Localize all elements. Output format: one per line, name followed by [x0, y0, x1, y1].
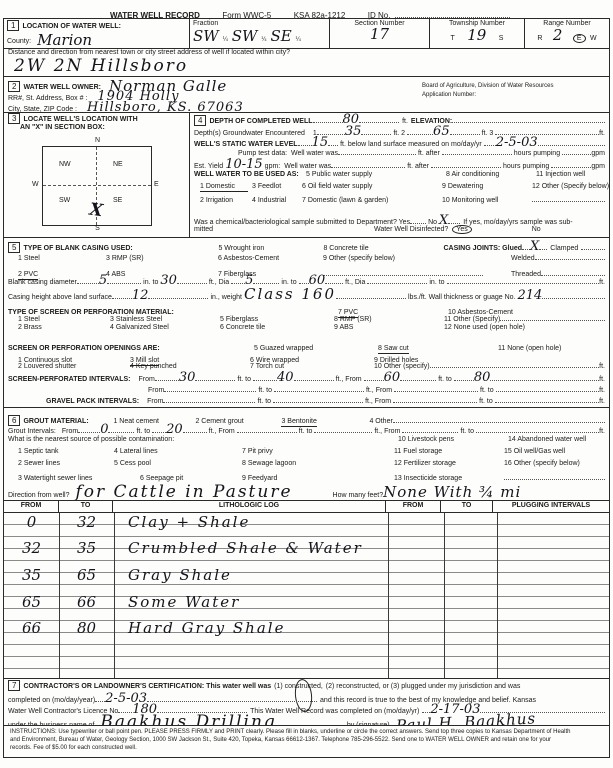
- log-header-from2: FROM: [386, 501, 441, 512]
- grout-from-value: 0: [100, 423, 108, 436]
- application-number-label: Application Number:: [422, 92, 554, 98]
- direction-label: Direction from well?: [8, 492, 69, 499]
- section-number-value: 17: [333, 27, 426, 42]
- dotted-line: [442, 147, 512, 155]
- ft-after-label: ft. after: [407, 163, 429, 170]
- screen-option-3: 3 Stainless Steel: [110, 316, 220, 323]
- in-to-label: in. to: [143, 279, 158, 286]
- ft-label: ft.: [599, 387, 605, 394]
- from-label: From: [147, 398, 163, 405]
- contamination-option-15: 15 Oil well/Gas well: [504, 448, 565, 455]
- grout-to-value: 20: [166, 423, 183, 436]
- casing-option-6: 6 Asbestos-Cement: [218, 255, 323, 262]
- dotted-line: [237, 425, 297, 433]
- casing-height-label: Casing height above land surface: [8, 294, 112, 301]
- dotted-line: [336, 291, 406, 299]
- use-option-12: 12 Other (Specify below): [532, 183, 609, 190]
- township-value: 19: [467, 26, 486, 44]
- ft-from-label: ft., From: [209, 428, 235, 435]
- log-to-value: 65: [59, 568, 114, 583]
- screen-interval-1-from: 30: [179, 371, 196, 384]
- contamination-option-5: 5 Cess pool: [114, 460, 242, 467]
- dotted-line: [107, 276, 141, 284]
- est-yield-value: 10-15: [225, 158, 262, 171]
- contamination-option-4: 4 Lateral lines: [114, 448, 242, 455]
- dotted-line: [299, 276, 309, 284]
- log-header-to: TO: [59, 501, 113, 512]
- contamination-option-11: 11 Fuel storage: [394, 448, 504, 455]
- contamination-option-10: 10 Livestock pens: [398, 436, 508, 443]
- ft-after-label: ft. after: [418, 150, 440, 157]
- contamination-option-8: 8 Sewage lagoon: [242, 460, 394, 467]
- dotted-line: [393, 395, 477, 403]
- dotted-line: [450, 127, 480, 135]
- ft-to-label: ft. to: [460, 428, 474, 435]
- compass-n-label: N: [4, 137, 191, 144]
- dotted-line: [400, 373, 436, 381]
- contamination-option-16: 16 Other (specify below): [504, 460, 580, 467]
- dotted-line: [108, 425, 134, 433]
- screen-interval-1-to: 40: [277, 371, 294, 384]
- location-cell: 1 LOCATION OF WATER WELL: County: Marion: [4, 19, 190, 48]
- dotted-line: [77, 276, 99, 284]
- dotted-line: [338, 147, 416, 155]
- dotted-line: [538, 138, 605, 146]
- dotted-line: [195, 373, 235, 381]
- log-from-value: 66: [4, 621, 59, 636]
- use-option-1-selected: 1 Domestic: [200, 183, 248, 192]
- use-option-10: 10 Monitoring well: [442, 197, 532, 204]
- openings-option-4: 4 Key punched: [130, 363, 250, 370]
- section-number-cell: Section Number 17: [330, 19, 430, 48]
- log-to-value: 32: [59, 515, 114, 530]
- distance-row: Distance and direction from nearest town…: [3, 48, 610, 77]
- dotted-line: [495, 127, 599, 135]
- lbs-gauge-label: lbs./ft. Wall thickness or guage No.: [408, 294, 516, 301]
- dotted-line: [273, 395, 363, 403]
- fraction-2: SW: [232, 29, 258, 44]
- dotted-line: [231, 276, 245, 284]
- fraction-label: Fraction: [193, 20, 218, 27]
- section-4-depth: 4 DEPTH OF COMPLETED WELL 80 ft. ELEVATI…: [189, 112, 610, 238]
- gpm-label: gpm: [591, 163, 605, 170]
- dotted-line: [448, 216, 460, 224]
- casing-joints-label: CASING JOINTS: Glued: [443, 245, 522, 252]
- contamination-option-7: 7 Pit privy: [242, 448, 394, 455]
- casing-to-1: 30: [160, 274, 177, 287]
- screen-option-9: 9 ABS: [334, 324, 444, 331]
- ft-label: ft.: [599, 398, 605, 405]
- log-header-to2: TO: [441, 501, 493, 512]
- dotted-line: [402, 425, 458, 433]
- log-row: 32 35 Crumbled Shale & Water: [4, 541, 604, 556]
- township-s: S: [499, 35, 504, 42]
- casing-option-8: 8 Concrete tile: [323, 245, 443, 252]
- dotted-line: [454, 373, 474, 381]
- section-1-title: LOCATION OF WATER WELL:: [22, 23, 121, 30]
- ft-to-label: ft. to: [257, 398, 271, 405]
- ft-to-label: ft. to: [237, 376, 251, 383]
- dotted-line: [253, 373, 277, 381]
- dotted-line: [364, 373, 384, 381]
- dotted-line: [522, 242, 530, 250]
- dotted-line: [410, 216, 426, 224]
- casing-option-9: 9 Other (specify below): [323, 255, 511, 262]
- dotted-line: [359, 115, 399, 123]
- casing-title: TYPE OF BLANK CASING USED:: [23, 245, 218, 252]
- fraction-3: SE: [270, 29, 291, 44]
- ft-label: ft.: [599, 279, 605, 286]
- grout-intervals-label: Grout Intervals:: [8, 428, 56, 435]
- agency-block: Board of Agriculture, Division of Water …: [422, 83, 554, 98]
- compass-s-label: S: [4, 225, 191, 232]
- log-table-body: 0 32 Clay + Shale 32 35 Crumbled Shale &…: [3, 512, 610, 679]
- pump-test-label: Pump test data:: [238, 150, 287, 157]
- log-header-lithologic: LITHOLOGIC LOG: [113, 501, 386, 512]
- ft-label: ft.: [599, 376, 605, 383]
- ft-from-label: ft., From: [336, 376, 362, 383]
- log-header-plugging: PLUGGING INTERVALS: [493, 501, 609, 512]
- section-box-diagram: NW NE SW SE X: [42, 146, 152, 226]
- ft-to-label: ft. to: [258, 387, 272, 394]
- openings-option-10: 10 Other (specify): [374, 363, 430, 370]
- welded-label: Welded: [511, 255, 535, 262]
- in-to-label: in. to: [429, 279, 444, 286]
- contamination-option-6: 6 Seepage pit: [140, 475, 242, 482]
- dotted-line: [325, 276, 343, 284]
- ft-to-label: ft. to: [438, 376, 452, 383]
- range-r: R: [537, 35, 542, 42]
- chemical-mitted-label: mitted: [194, 226, 374, 233]
- well-water-was-label: Well water was: [284, 163, 331, 170]
- casing-option-5: 5 Wrought iron: [218, 245, 323, 252]
- dotted-line: [274, 384, 364, 392]
- use-option-6: 6 Oil field water supply: [302, 183, 442, 190]
- dotted-line: [147, 694, 317, 702]
- screen-option-8: 8 RMP (SR): [334, 316, 444, 323]
- log-to-value: 80: [59, 621, 114, 636]
- id-number-blank: [395, 10, 510, 18]
- instructions-block: INSTRUCTIONS: Use typewriter or ball poi…: [3, 725, 610, 758]
- log-from-value: 32: [4, 541, 59, 556]
- ft-to-label: ft. to: [480, 387, 494, 394]
- dotted-line: [331, 160, 405, 168]
- screen-interval-2-from: 60: [384, 371, 401, 384]
- log-row: 65 66 Some Water: [4, 595, 604, 610]
- contamination-option-9: 9 Feedyard: [242, 475, 394, 482]
- log-lithology-value: Crumbled Shale & Water: [114, 541, 363, 556]
- section-7-certification: 7 CONTRACTOR'S OR LANDOWNER'S CERTIFICAT…: [3, 678, 610, 726]
- dotted-line: [490, 373, 599, 381]
- use-option-3: 3 Feedlot: [252, 183, 302, 190]
- dotted-line: [562, 147, 591, 155]
- section-5-casing: 5 TYPE OF BLANK CASING USED: 5 Wrought i…: [3, 237, 610, 408]
- casing-option-3: 3 RMP (SR): [106, 255, 218, 262]
- use-label: WELL WATER TO BE USED AS:: [194, 171, 306, 178]
- dotted-line: [328, 138, 338, 146]
- gravel-pack-label: GRAVEL PACK INTERVALS:: [46, 398, 139, 405]
- dotted-line: [495, 395, 599, 403]
- ft-from-label: ft., From: [366, 387, 392, 394]
- dotted-line: [430, 360, 600, 368]
- section-box-horizontal-dash: [43, 185, 151, 186]
- log-to-value: 66: [59, 595, 114, 610]
- dotted-line: [484, 138, 496, 146]
- openings-option-7: 7 Torch cut: [250, 363, 374, 370]
- screen-interval-2-to: 80: [474, 371, 491, 384]
- quarter-mark: ¼: [296, 37, 301, 43]
- log-from-value: 35: [4, 568, 59, 583]
- screen-option-1: 1 Steel: [18, 316, 110, 323]
- range-value: 2: [553, 26, 563, 44]
- dotted-line: [393, 415, 605, 423]
- dotted-line: [152, 425, 166, 433]
- ft-dia-label: ft., Dia: [345, 279, 365, 286]
- casing-diameter-label: Blank casing diameter: [8, 279, 77, 286]
- use-option-2: 2 Irrigation: [200, 197, 252, 204]
- ft-to-label: ft. to: [299, 428, 313, 435]
- openings-option-2: 2 Louvered shutter: [18, 363, 130, 370]
- certification-line1-rest: (2) reconstructed, or (3) plugged under …: [326, 683, 521, 690]
- dotted-line: [394, 384, 478, 392]
- dotted-line: [535, 252, 605, 260]
- log-lithology-value: Hard Gray Shale: [114, 621, 285, 636]
- from-label: From: [139, 376, 155, 383]
- ft-to-label: ft. to: [479, 398, 493, 405]
- water-well-record-form: WATER WELL RECORD Form WWC-5 KSA 82a-121…: [0, 0, 613, 768]
- dotted-line: [367, 276, 427, 284]
- distance-label: Distance and direction from nearest town…: [8, 49, 290, 56]
- dotted-line: [294, 373, 334, 381]
- range-cell: Range Number R 2 E W: [525, 19, 609, 48]
- gpm-label: gpm: [591, 150, 605, 157]
- contamination-option-2: 2 Sewer lines: [18, 460, 114, 467]
- gpm2-label: gpm:: [265, 163, 281, 170]
- log-row: 35 65 Gray Shale: [4, 568, 604, 583]
- contamination-option-14: 14 Abandoned water well: [508, 436, 586, 443]
- dotted-line: [532, 194, 605, 202]
- compass-w-label: W: [32, 181, 39, 188]
- in-weight-label: in., weight: [210, 294, 242, 301]
- log-to-value: 35: [59, 541, 114, 556]
- fraction-cell: Fraction SW ¼ SW ¼ SE ¼: [190, 19, 330, 48]
- screen-option-2: 2 Brass: [18, 324, 110, 331]
- ft-to-label: ft. to: [136, 428, 150, 435]
- disinfected-label: Water Well Disinfected?: [374, 226, 448, 233]
- dotted-line: [542, 291, 605, 299]
- clamped-label: Clamped: [550, 245, 578, 252]
- township-cell: Township Number T 19 S: [430, 19, 525, 48]
- casing-diameter-1: 5: [99, 274, 107, 287]
- county-value: Marion: [37, 33, 92, 48]
- dotted-line: [164, 384, 256, 392]
- quadrant-sw-label: SW: [57, 197, 72, 204]
- section-3-number: 3: [8, 113, 20, 124]
- locate-title-line1: LOCATE WELL'S LOCATION WITH: [23, 116, 137, 123]
- contamination-option-13: 13 Insecticide storage: [394, 475, 504, 482]
- range-label: Range Number: [528, 20, 606, 27]
- screen-option-6: 6 Concrete tile: [220, 324, 334, 331]
- use-option-5: 5 Public water supply: [306, 171, 446, 178]
- dotted-line: [476, 425, 599, 433]
- hours-pumping-label: hours pumping: [514, 150, 560, 157]
- dotted-line: [183, 425, 207, 433]
- use-option-8: 8 Air conditioning: [446, 171, 536, 178]
- dotted-line: [298, 138, 312, 146]
- locate-title-line2: AN "X" IN SECTION BOX:: [20, 124, 105, 131]
- dotted-line: [163, 395, 255, 403]
- dotted-line: [112, 291, 132, 299]
- ft-label: ft.: [599, 363, 605, 370]
- use-option-11: 11 Injection well: [536, 171, 585, 178]
- fraction-1: SW: [193, 29, 219, 44]
- screen-option-4: 4 Galvanized Steel: [110, 324, 220, 331]
- dotted-line: [313, 115, 343, 123]
- section-6-grout: 6 GROUT MATERIAL: 1 Neat cement 2 Cement…: [3, 407, 610, 501]
- township-t: T: [451, 35, 455, 42]
- section-7-number: 7: [8, 680, 20, 691]
- dotted-line: [95, 694, 105, 702]
- ft-label: ft.: [402, 118, 408, 125]
- dotted-line: [551, 160, 591, 168]
- dotted-line: [581, 242, 605, 250]
- county-label: County:: [7, 38, 31, 45]
- board-label: Board of Agriculture, Division of Water …: [422, 83, 554, 89]
- dotted-line: [500, 313, 605, 321]
- dotted-line: [539, 242, 547, 250]
- well-water-was-label: Well water was: [291, 150, 338, 157]
- quarter-mark: ¼: [261, 37, 266, 43]
- direction-value: for Cattle in Pasture: [75, 484, 292, 501]
- instructions-line3: records. Fee of $5.00 for each construct…: [10, 745, 603, 751]
- dotted-line: [317, 127, 345, 135]
- compass-e-label: E: [154, 181, 159, 188]
- casing-weight-value: Class 160: [244, 287, 336, 302]
- certification-title: CONTRACTOR'S OR LANDOWNER'S CERTIFICATIO…: [23, 683, 271, 690]
- section-3-locate: 3 LOCATE WELL'S LOCATION WITH AN "X" IN …: [3, 112, 190, 238]
- from-label: From: [62, 428, 78, 435]
- quadrant-nw-label: NW: [57, 161, 73, 168]
- dotted-line: [496, 384, 600, 392]
- instructions-line2: and Environment, Bureau of Water, Geolog…: [10, 737, 603, 743]
- constructed-option: (1) constructed,: [274, 683, 323, 690]
- screen-option-11: 11 Other (Specify): [444, 316, 500, 323]
- log-lithology-value: Some Water: [114, 595, 240, 610]
- ft-from-label: ft., From: [374, 428, 400, 435]
- section-1-number: 1: [7, 20, 19, 31]
- feet-value: None With ¾ mi: [383, 485, 521, 500]
- distance-value: 2W 2N Hillsboro: [14, 58, 188, 75]
- contamination-option-12: 12 Fertilizer storage: [394, 460, 504, 467]
- dotted-line: [155, 373, 179, 381]
- ft-from-label: ft., From: [365, 398, 391, 405]
- log-from-value: 65: [4, 595, 59, 610]
- disinfected-yes-circled: Yes: [452, 225, 471, 234]
- use-option-4: 4 Industrial: [252, 197, 302, 204]
- section-1-location-row: 1 LOCATION OF WATER WELL: County: Marion…: [3, 18, 610, 49]
- dotted-line: [148, 291, 208, 299]
- use-option-9: 9 Dewatering: [442, 183, 532, 190]
- quadrant-se-label: SE: [111, 197, 124, 204]
- log-row: 66 80 Hard Gray Shale: [4, 621, 604, 636]
- log-header-from: FROM: [4, 501, 59, 512]
- log-from-value: 0: [4, 515, 59, 530]
- range-w: W: [590, 35, 597, 42]
- contamination-label: What is the nearest source of possible c…: [8, 436, 398, 443]
- section-2-owner: 2 WATER WELL OWNER: Norman Galle RR#, St…: [3, 76, 610, 113]
- instructions-line1: INSTRUCTIONS: Use typewriter or ball poi…: [10, 729, 603, 735]
- quadrant-ne-label: NE: [111, 161, 125, 168]
- feet-label: How many feet?: [333, 492, 384, 499]
- dotted-line: [314, 425, 372, 433]
- dotted-line: [78, 425, 100, 433]
- ft-label: ft.: [599, 428, 605, 435]
- casing-option-1: 1 Steel: [18, 255, 106, 262]
- ft-dia-label: ft., Dia: [209, 279, 229, 286]
- screen-option-12: 12 None used (open hole): [444, 324, 525, 331]
- dotted-line: [253, 276, 279, 284]
- contamination-option-1: 1 Septic tank: [18, 448, 114, 455]
- dotted-line: [361, 127, 391, 135]
- est-yield-label: Est. Yield: [194, 163, 223, 170]
- dotted-line: [407, 127, 433, 135]
- contamination-option-3: 3 Watertight sewer lines: [18, 475, 140, 482]
- dotted-line: [452, 115, 605, 123]
- screen-intervals-label: SCREEN-PERFORATED INTERVALS:: [8, 376, 131, 383]
- log-lithology-value: Gray Shale: [114, 568, 232, 583]
- dotted-line: [447, 276, 600, 284]
- log-row: 0 32 Clay + Shale: [4, 515, 604, 530]
- log-lithology-value: Clay + Shale: [114, 515, 250, 530]
- quarter-mark: ¼: [223, 37, 228, 43]
- screen-option-5: 5 Fiberglass: [220, 316, 334, 323]
- use-option-7: 7 Domestic (lawn & garden): [302, 197, 442, 204]
- disinfected-no-label: No: [532, 226, 541, 233]
- dotted-line: [504, 472, 605, 480]
- hours-pumping-label: hours pumping: [503, 163, 549, 170]
- depth-label: DEPTH OF COMPLETED WELL: [209, 118, 312, 125]
- range-east-circled: E: [573, 34, 586, 43]
- from-label: From: [148, 387, 164, 394]
- dotted-line: [177, 276, 207, 284]
- dotted-line: [431, 160, 501, 168]
